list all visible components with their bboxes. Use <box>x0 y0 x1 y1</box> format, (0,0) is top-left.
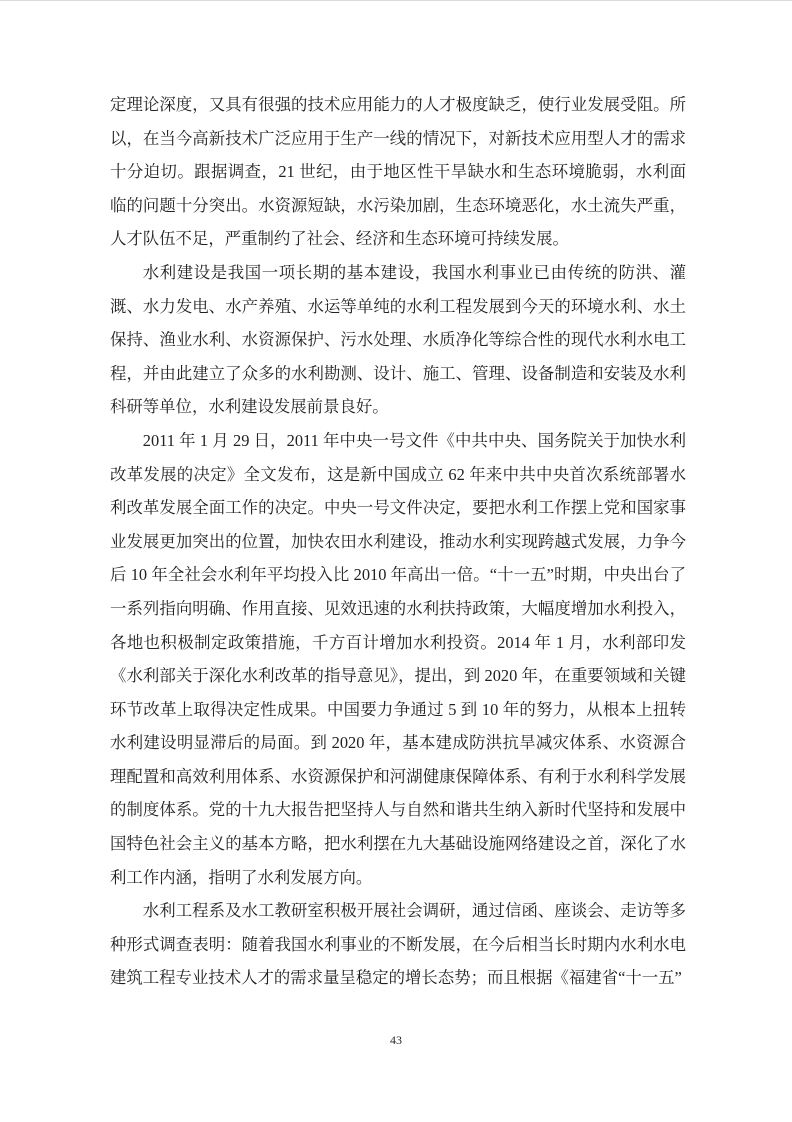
page-number: 43 <box>390 1033 402 1047</box>
body-paragraph: 水利建设是我国一项长期的基本建设，我国水利事业已由传统的防洪、灌溉、水力发电、水… <box>110 256 686 424</box>
body-paragraph: 定理论深度，又具有很强的技术应用能力的人才极度缺乏，使行业发展受阻。所以，在当今… <box>110 88 686 256</box>
page-footer: 43 <box>0 1032 792 1048</box>
page-body-text: 定理论深度，又具有很强的技术应用能力的人才极度缺乏，使行业发展受阻。所以，在当今… <box>110 88 686 995</box>
body-paragraph: 2011 年 1 月 29 日，2011 年中央一号文件《中共中央、国务院关于加… <box>110 424 686 894</box>
document-page: 定理论深度，又具有很强的技术应用能力的人才极度缺乏，使行业发展受阻。所以，在当今… <box>0 0 792 1122</box>
body-paragraph: 水利工程系及水工教研室积极开展社会调研，通过信函、座谈会、走访等多种形式调查表明… <box>110 894 686 995</box>
